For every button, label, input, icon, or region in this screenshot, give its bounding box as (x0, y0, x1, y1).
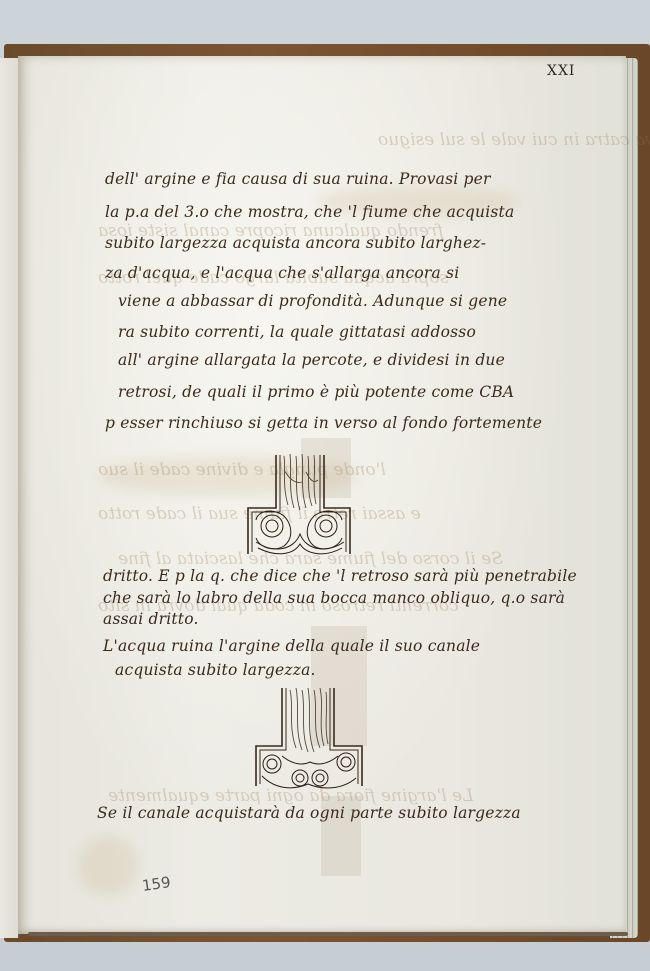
page-bottom-edge (28, 932, 628, 936)
text-line: la p.a del 3.o che mostra, che 'l fiume … (105, 203, 514, 221)
text-line: ra subito correnti, la quale gittatasi a… (118, 323, 476, 341)
channel-eddy-figure-1 (244, 450, 356, 560)
folio-number: XXI (547, 63, 575, 79)
text-line: Se il canale acquistarà da ogni parte su… (97, 804, 521, 822)
text-line: assai dritto. (103, 610, 199, 628)
text-line: che sarà lo labro della sua bocca manco … (103, 589, 565, 607)
text-line: L'acqua ruina l'argine della quale il su… (103, 637, 480, 655)
text-line: p esser rinchiuso si getta in verso al f… (105, 414, 542, 432)
left-page-edge (0, 58, 19, 938)
text-line: retrosi, de quali il primo è più potente… (118, 383, 514, 401)
text-line: dell' argine e fia causa di sua ruina. P… (105, 170, 491, 188)
text-line: acquista subito largezza. (115, 661, 316, 679)
text-line: dritto. E p la q. che dice che 'l retros… (103, 567, 577, 585)
text-line: subito largezza acquista ancora subito l… (105, 234, 486, 252)
water-stain (78, 836, 138, 896)
bleed-through-text: cise giova catra in cui vale le sul esig… (378, 130, 650, 150)
channel-eddy-figure-2 (252, 686, 368, 792)
text-line: viene a abbassar di profondità. Adunque … (118, 292, 507, 310)
text-line: all' argine allargata la percote, e divi… (118, 351, 505, 369)
text-line: za d'acqua, e l'acqua che s'allarga anco… (105, 264, 459, 282)
